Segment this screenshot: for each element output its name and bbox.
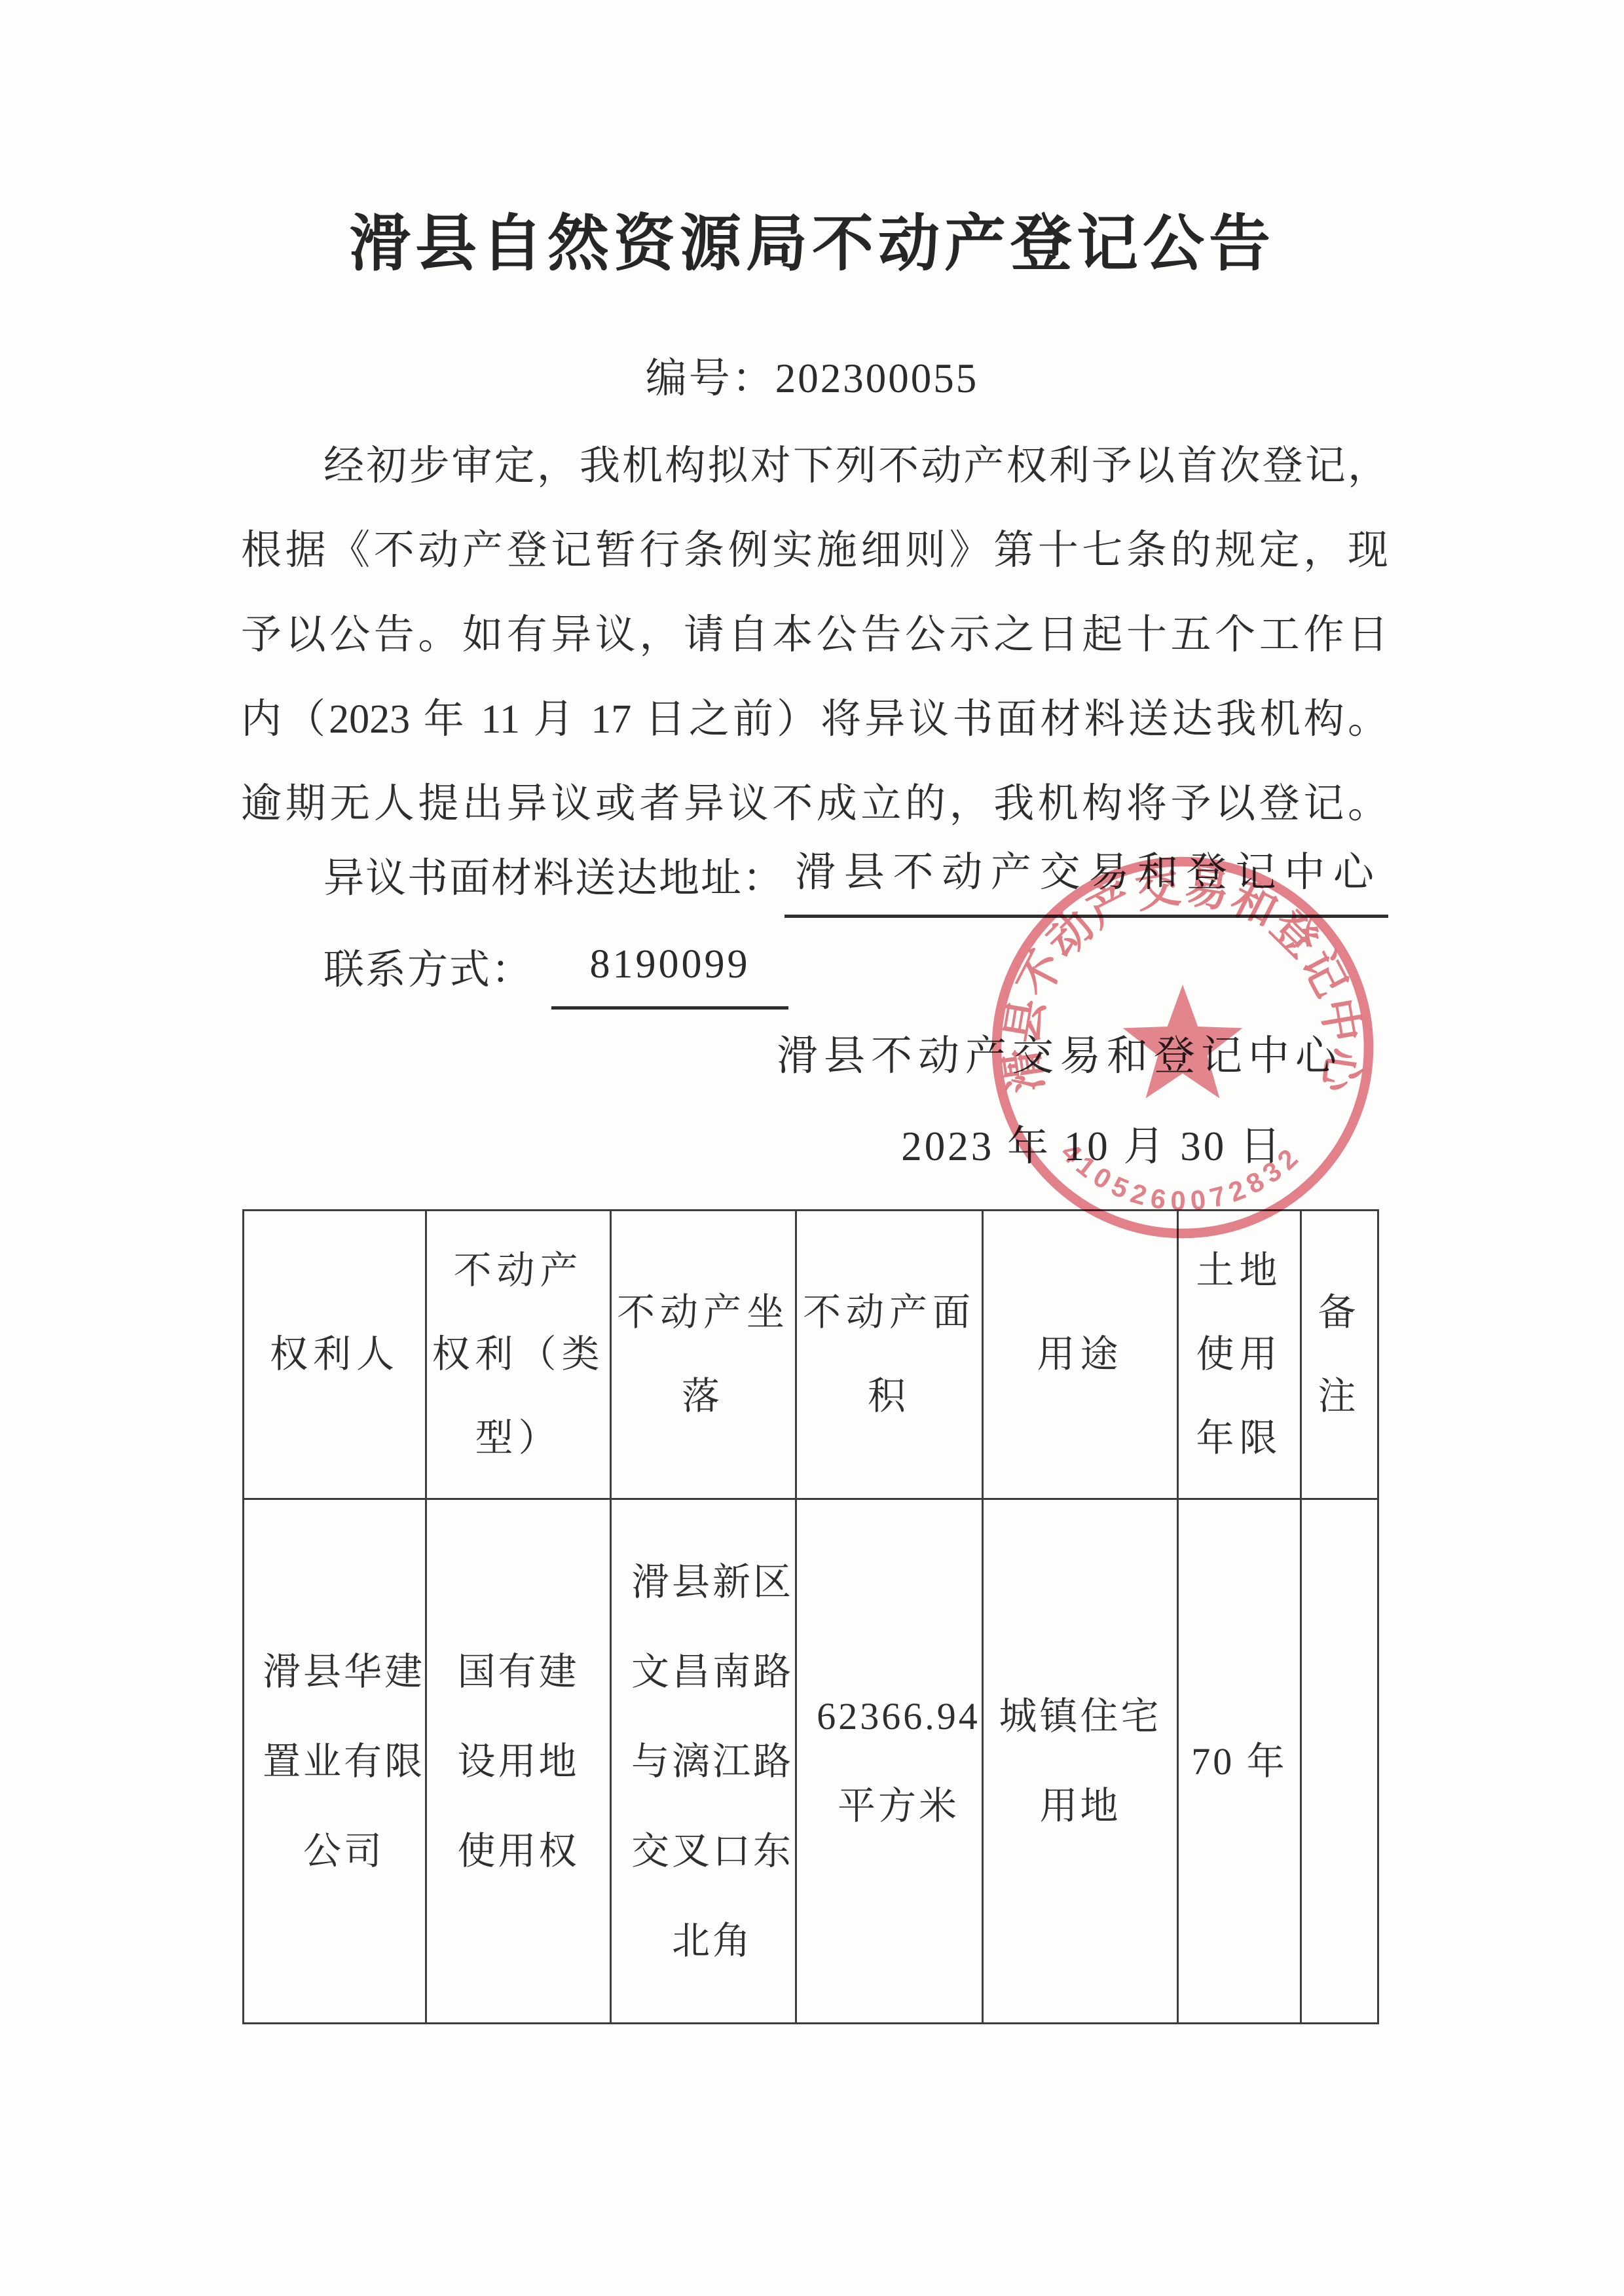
body-line: 根据《不动产登记暂行条例实施细则》第十七条的规定，现: [241, 509, 1388, 593]
cell-land-term: 70 年: [1178, 1499, 1301, 2024]
registration-table: 权利人 不动产 权利（类 型） 不动产坐 落 不动产面 积 用途 土地 使用 年…: [242, 1209, 1379, 2024]
header-usage: 用途: [983, 1211, 1178, 1499]
cell-remarks: [1301, 1499, 1378, 2024]
page-title: 滑县自然资源局不动产登记公告: [0, 194, 1624, 282]
cell-location: 滑县新区 文昌南路 与漓江路 交叉口东 北角: [611, 1499, 796, 2024]
address-row: 异议书面材料送达地址： 滑县不动产交易和登记中心: [241, 839, 1388, 918]
header-land-term: 土地 使用 年限: [1178, 1211, 1301, 1499]
cell-right-type: 国有建 设用地 使用权: [426, 1499, 611, 2024]
header-area: 不动产面 积: [796, 1211, 983, 1499]
body-line: 内（2023 年 11 月 17 日之前）将异议书面材料送达我机构。: [241, 678, 1388, 762]
doc-number: 编号：202300055: [0, 345, 1624, 405]
body-line: 经初步审定，我机构拟对下列不动产权利予以首次登记，: [241, 424, 1388, 509]
cell-right-holder: 滑县华建 置业有限 公司: [244, 1499, 426, 2024]
contact-label: 联系方式：: [241, 931, 533, 1010]
header-location: 不动产坐 落: [611, 1211, 796, 1499]
document-page: 滑县自然资源局不动产登记公告 编号：202300055 经初步审定，我机构拟对下…: [0, 0, 1624, 2296]
table-header-row: 权利人 不动产 权利（类 型） 不动产坐 落 不动产面 积 用途 土地 使用 年…: [244, 1211, 1378, 1499]
cell-area: 62366.94 平方米: [796, 1499, 983, 2024]
header-right-holder: 权利人: [244, 1211, 426, 1499]
table-row: 滑县华建 置业有限 公司 国有建 设用地 使用权 滑县新区 文昌南路 与漓江路 …: [244, 1499, 1378, 2024]
address-label: 异议书面材料送达地址：: [241, 839, 784, 918]
body-line: 予以公告。如有异议，请自本公告公示之日起十五个工作日: [241, 593, 1388, 678]
signature-org: 滑县不动产交易和登记中心: [777, 1023, 1342, 1082]
cell-usage: 城镇住宅 用地: [983, 1499, 1178, 2024]
contact-value-underlined: 8190099: [551, 925, 788, 1010]
contact-row: 联系方式： 8190099: [241, 931, 1388, 1010]
header-remarks: 备 注: [1301, 1211, 1378, 1499]
address-value-underlined: 滑县不动产交易和登记中心: [784, 833, 1388, 918]
body-paragraph: 经初步审定，我机构拟对下列不动产权利予以首次登记， 根据《不动产登记暂行条例实施…: [241, 424, 1388, 847]
header-right-type: 不动产 权利（类 型）: [426, 1211, 611, 1499]
signature-date: 2023 年 10 月 30 日: [901, 1113, 1283, 1173]
